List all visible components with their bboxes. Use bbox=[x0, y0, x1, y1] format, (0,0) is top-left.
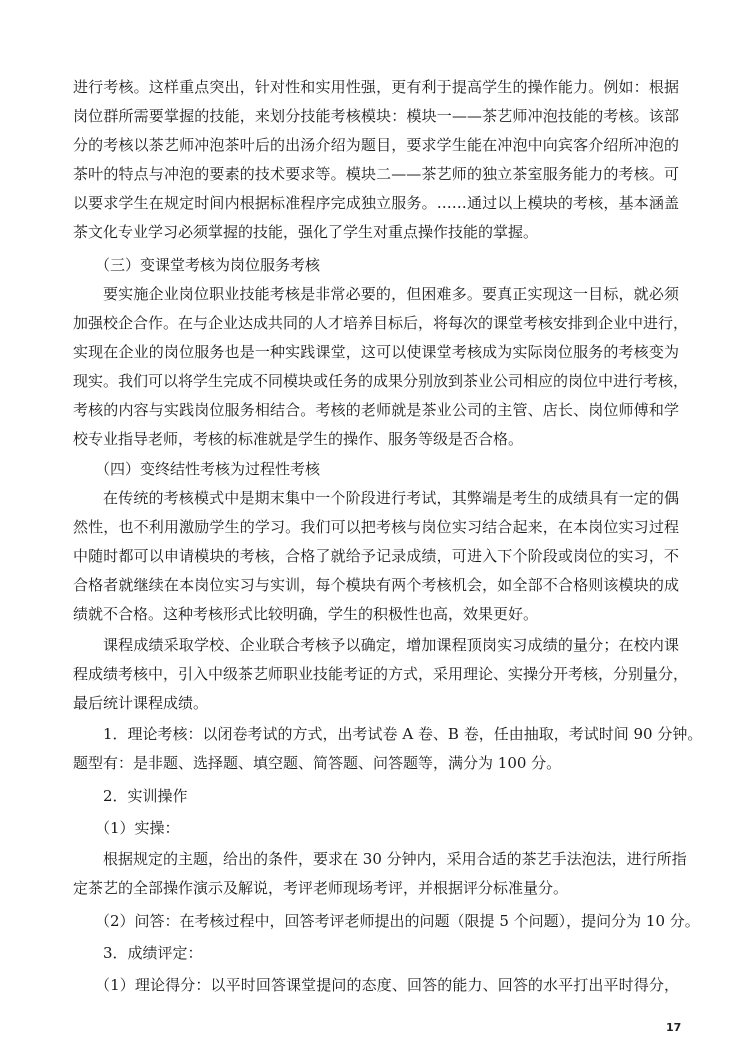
list-item-theory-exam: 1．理论考核：以闭卷考试的方式，出考试卷 A 卷、B 卷，任由抽取，考试时间 9… bbox=[103, 724, 679, 744]
body-text-line: 进行考核。这样重点突出，针对性和实用性强，更有利于提高学生的操作能力。例如：根据 bbox=[73, 77, 679, 97]
body-text-line: 在传统的考核模式中是期末集中一个阶段进行考试，其弊端是考生的成绩具有一定的偶 bbox=[103, 488, 679, 508]
body-text-line: 绩就不合格。这种考核形式比较明确，学生的积极性也高，效果更好。 bbox=[73, 604, 679, 624]
body-text-line: 程成绩考核中，引入中级茶艺师职业技能考证的方式，采用理论、实操分开考核，分别量分… bbox=[73, 664, 679, 684]
section-heading-4: （四）变终结性考核为过程性考核 bbox=[95, 459, 701, 479]
body-text-line: 题型有：是非题、选择题、填空题、简答题、问答题等，满分为 100 分。 bbox=[73, 753, 679, 773]
body-text-line: 分的考核以茶艺师冲泡茶叶后的出汤介绍为题目，要求学生能在冲泡中向宾客介绍所冲泡的 bbox=[73, 135, 679, 155]
body-text-line: 茶叶的特点与冲泡的要素的技术要求等。模块二——茶艺师的独立茶室服务能力的考核。可 bbox=[73, 164, 679, 184]
list-item-qa: （2）问答：在考核过程中，回答考评老师提出的问题（限提 5 个问题），提问分为 … bbox=[95, 911, 679, 931]
subheading-grading: 3．成绩评定： bbox=[103, 943, 709, 963]
subheading-operation: （1）实操： bbox=[95, 818, 701, 838]
body-text-line: 然性，也不利用激励学生的学习。我们可以把考核与岗位实习结合起来，在本岗位实习过程 bbox=[73, 517, 679, 537]
body-text-line: 课程成绩采取学校、企业联合考核予以确定，增加课程顶岗实习成绩的量分；在校内课 bbox=[103, 635, 679, 655]
body-text-line: 实现在企业的岗位服务也是一种实践课堂，这可以使课堂考核成为实际岗位服务的考核变为 bbox=[73, 342, 679, 362]
body-text-line: 考核的内容与实践岗位服务相结合。考核的老师就是茶业公司的主管、店长、岗位师傅和学 bbox=[73, 400, 679, 420]
body-text-line: 茶文化专业学习必须掌握的技能，强化了学生对重点操作技能的掌握。 bbox=[73, 222, 679, 242]
list-item-theory-score: （1）理论得分：以平时回答课堂提问的态度、回答的能力、回答的水平打出平时得分， bbox=[95, 975, 679, 995]
body-text-line: 岗位群所需要掌握的技能，来划分技能考核模块：模块一——茶艺师冲泡技能的考核。该部 bbox=[73, 106, 679, 126]
body-text-line: 定茶艺的全部操作演示及解说，考评老师现场考评，并根据评分标准量分。 bbox=[73, 878, 679, 898]
subheading-practical: 2．实训操作 bbox=[103, 786, 709, 806]
body-text-line: 现实。我们可以将学生完成不同模块或任务的成果分别放到茶业公司相应的岗位中进行考核… bbox=[73, 371, 679, 391]
body-text-line: 以要求学生在规定时间内根据标准程序完成独立服务。……通过以上模块的考核，基本涵盖 bbox=[73, 193, 679, 213]
body-text-line: 中随时都可以申请模块的考核，合格了就给予记录成绩，可进入下个阶段或岗位的实习，不 bbox=[73, 546, 679, 566]
section-heading-3: （三）变课堂考核为岗位服务考核 bbox=[95, 255, 701, 275]
page-number: 17 bbox=[666, 1021, 681, 1034]
document-page: 进行考核。这样重点突出，针对性和实用性强，更有利于提高学生的操作能力。例如：根据… bbox=[0, 0, 750, 1060]
body-text-line: 根据规定的主题，给出的条件，要求在 30 分钟内，采用合适的茶艺手法泡法，进行所… bbox=[103, 849, 679, 869]
body-text-line: 校专业指导老师，考核的标准就是学生的操作、服务等级是否合格。 bbox=[73, 429, 679, 449]
body-text-line: 加强校企合作。在与企业达成共同的人才培养目标后，将每次的课堂考核安排到企业中进行… bbox=[73, 313, 679, 333]
body-text-line: 最后统计课程成绩。 bbox=[73, 693, 679, 713]
body-text-line: 合格者就继续在本岗位实习与实训，每个模块有两个考核机会，如全部不合格则该模块的成 bbox=[73, 575, 679, 595]
body-text-line: 要实施企业岗位职业技能考核是非常必要的，但困难多。要真正实现这一目标，就必须 bbox=[103, 284, 679, 304]
